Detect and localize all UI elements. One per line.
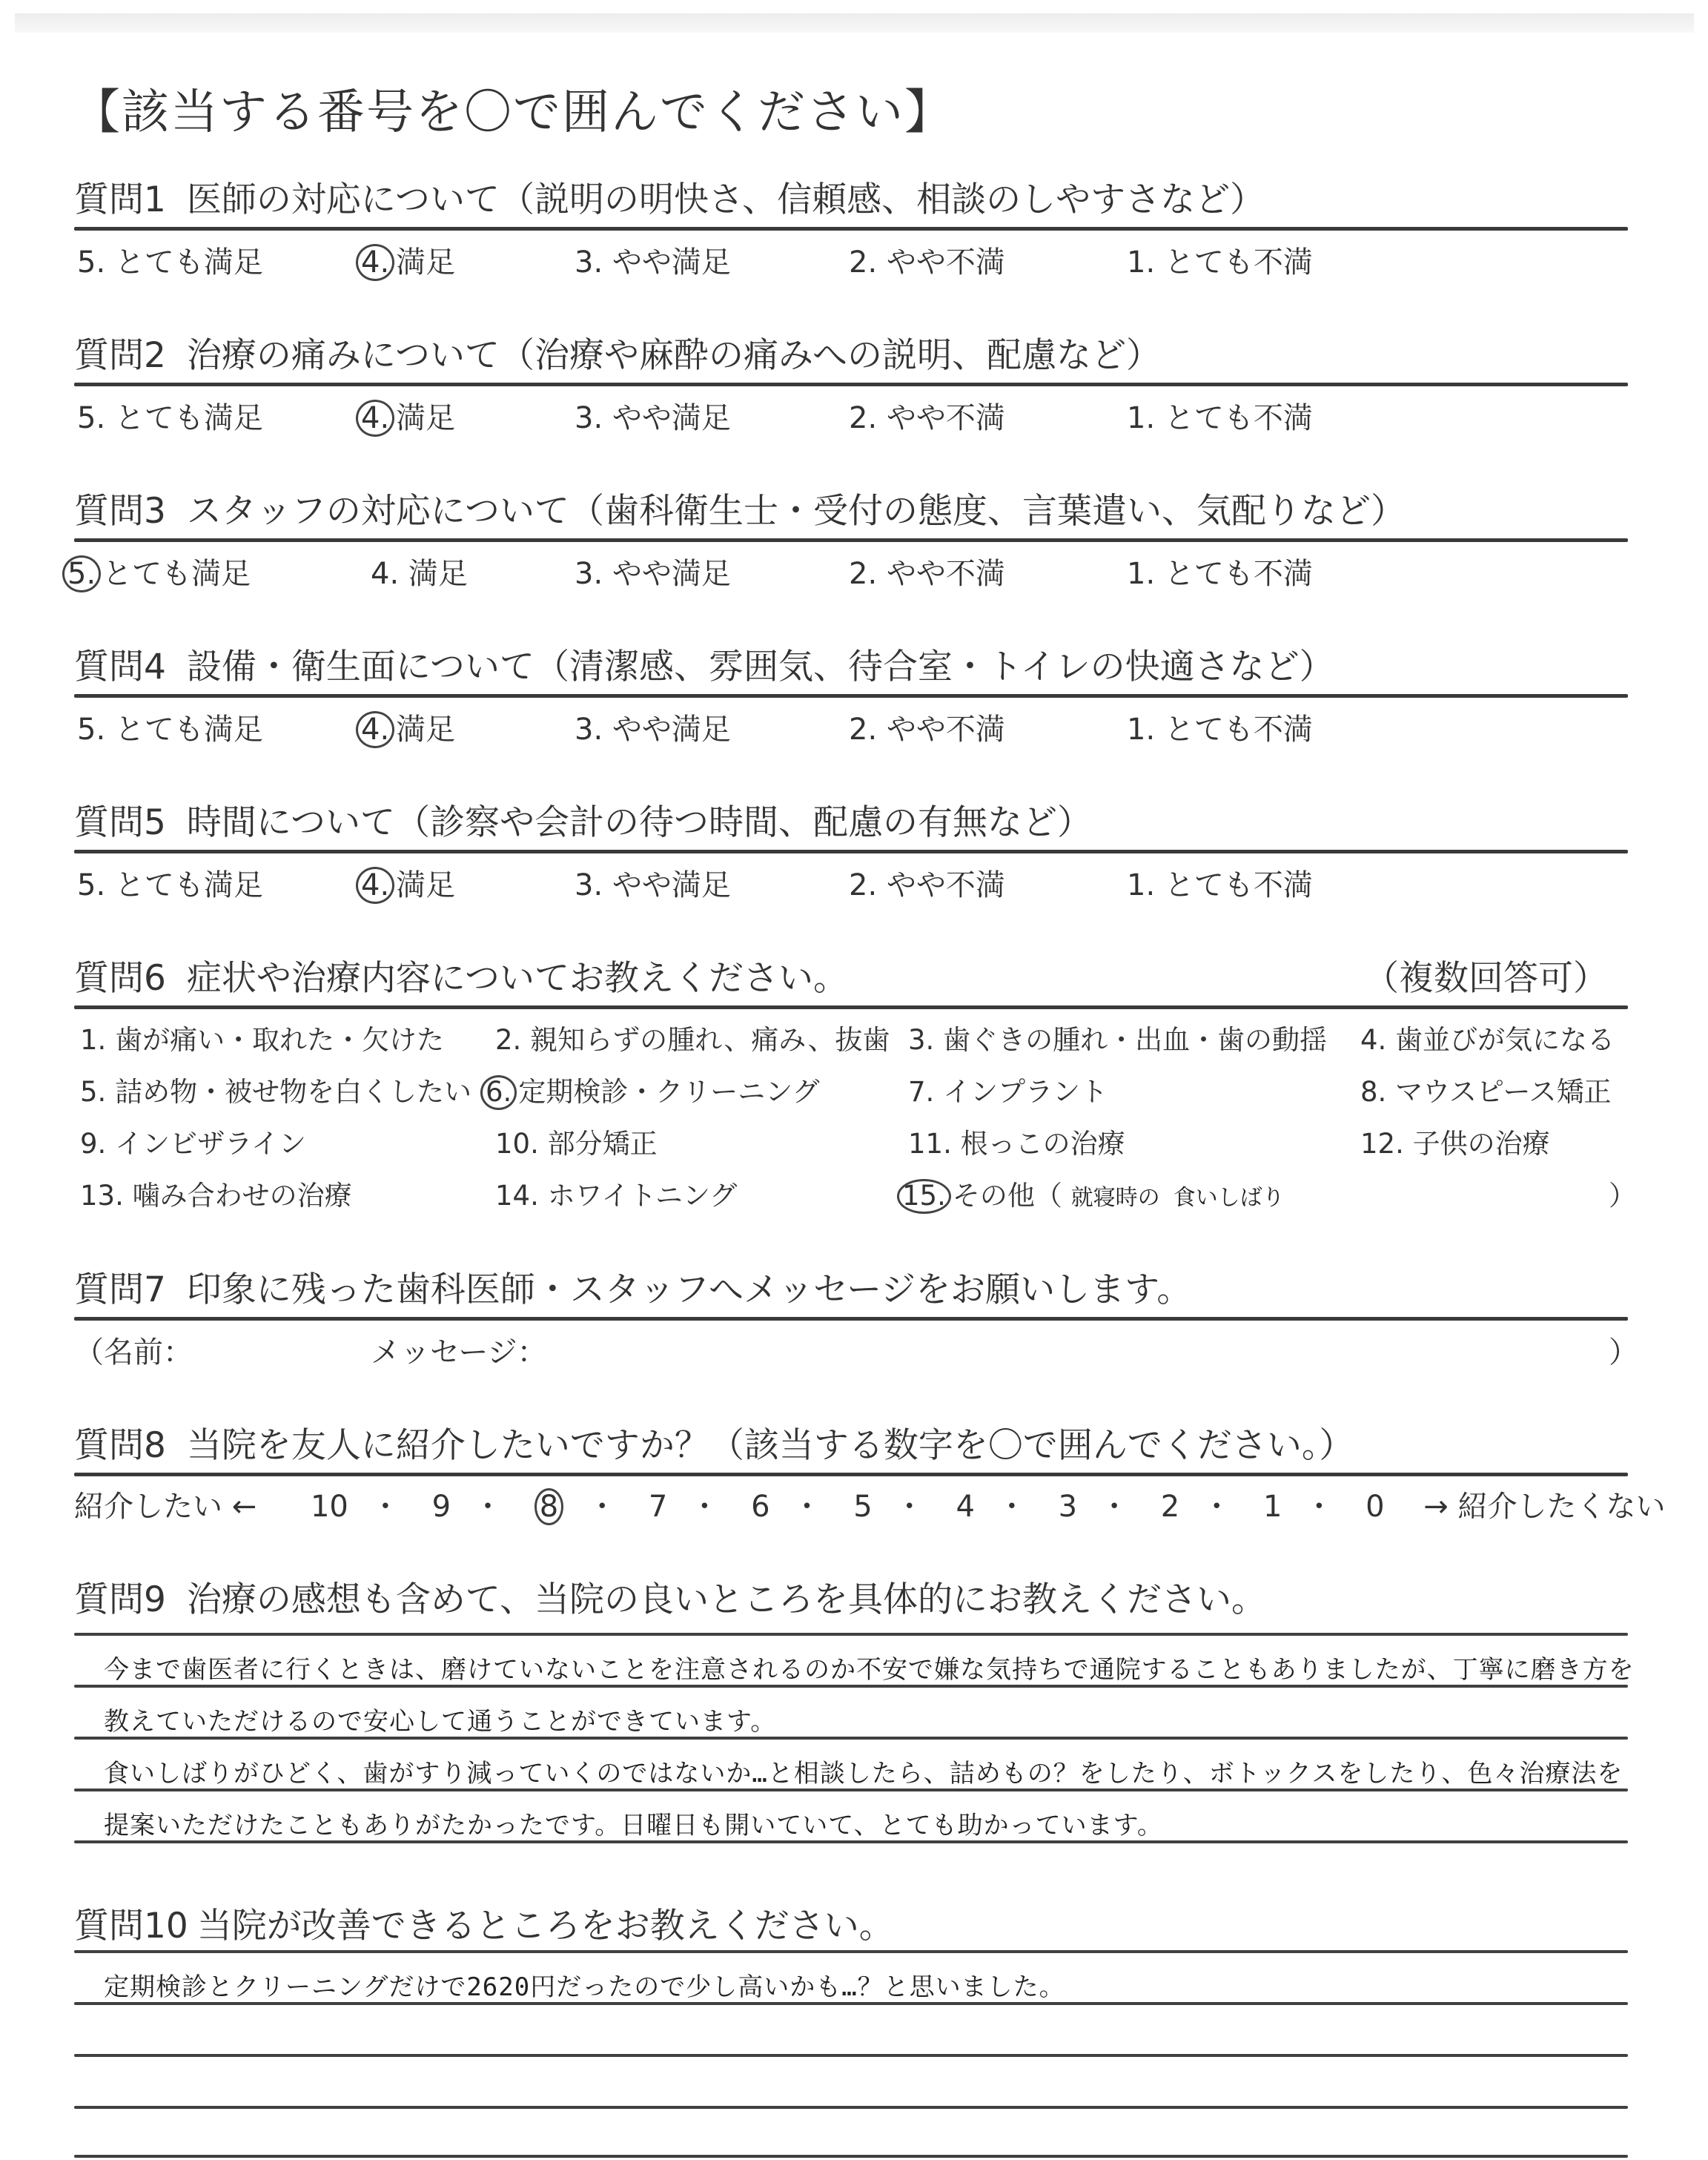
scale-10[interactable]: 10	[311, 1490, 348, 1524]
scale-5[interactable]: 5	[853, 1490, 872, 1524]
question-number: 質問8	[74, 1425, 166, 1466]
question-7-heading: 質問7印象に残った歯科医師・スタッフへメッセージをお願いします。	[74, 1262, 1191, 1312]
rule	[74, 2054, 1628, 2057]
option-5[interactable]: 5. とても満足	[77, 706, 263, 748]
checklist-item-14[interactable]: 14. ホワイトニング	[495, 1173, 737, 1213]
question-1-heading: 質問1医師の対応について（説明の明快さ、信頼感、相談のしやすさなど）	[74, 172, 1265, 222]
option-2[interactable]: 2. やや不満	[849, 706, 1005, 748]
message-label: メッセージ：	[371, 1329, 547, 1371]
answer-line-2[interactable]: 教えていただけるので安心して通うことができています。	[104, 1701, 776, 1737]
option-4-selected[interactable]: 4.満足	[356, 862, 455, 904]
multiple-answers-note: （複数回答可）	[1364, 951, 1608, 1000]
scan-top-edge	[15, 13, 1694, 33]
question-text: 設備・衛生面について（清潔感、雰囲気、待合室・トイレの快適さなど）	[187, 647, 1334, 687]
answer-line-4[interactable]: 提案いただけたこともありがたかったです。日曜日も開いていて、とても助かっています…	[104, 1805, 1163, 1841]
checklist-row: 5. 詰め物・被せ物を白くしたい 6.定期検診・クリーニング 7. インプラント…	[74, 1069, 1631, 1114]
selection-circle: 4.	[356, 244, 394, 281]
checklist-item-8[interactable]: 8. マウスピース矯正	[1360, 1069, 1612, 1109]
scale-6[interactable]: 6	[751, 1490, 769, 1524]
option-3[interactable]: 3. やや満足	[575, 862, 731, 904]
option-1[interactable]: 1. とても不満	[1127, 862, 1313, 904]
scale-3[interactable]: 3	[1059, 1490, 1077, 1524]
option-5-selected[interactable]: 5.とても満足	[62, 550, 251, 592]
checklist-row: 9. インビザライン 10. 部分矯正 11. 根っこの治療 12. 子供の治療	[74, 1121, 1631, 1166]
question-5-heading: 質問5時間について（診察や会計の待つ時間、配慮の有無など）	[74, 795, 1092, 845]
question-text: 時間について（診察や会計の待つ時間、配慮の有無など）	[187, 802, 1092, 843]
option-5[interactable]: 5. とても満足	[77, 394, 263, 437]
rule	[74, 383, 1628, 386]
rule	[74, 2155, 1628, 2158]
rule	[74, 694, 1628, 698]
checklist-item-12[interactable]: 12. 子供の治療	[1360, 1121, 1550, 1161]
rule	[74, 227, 1628, 231]
question-number: 質問3	[74, 491, 166, 532]
question-number: 質問4	[74, 647, 166, 687]
option-4-selected[interactable]: 4.満足	[356, 706, 455, 748]
question-number: 質問10	[74, 1906, 188, 1946]
other-handwritten-answer[interactable]: 就寝時の 食いしばり	[1071, 1185, 1285, 1211]
scale-8-selected[interactable]: 8	[534, 1488, 563, 1525]
scale-7[interactable]: 7	[649, 1490, 667, 1524]
question-number: 質問6	[74, 958, 166, 999]
rule	[74, 1950, 1628, 1953]
question-number: 質問7	[74, 1269, 166, 1310]
checklist-item-7[interactable]: 7. インプラント	[908, 1069, 1108, 1109]
option-4[interactable]: 4. 満足	[371, 550, 468, 592]
option-1[interactable]: 1. とても不満	[1127, 394, 1313, 437]
rule	[74, 1317, 1628, 1321]
selection-circle: 4.	[356, 867, 394, 904]
option-1[interactable]: 1. とても不満	[1127, 239, 1313, 281]
checklist-item-1[interactable]: 1. 歯が痛い・取れた・欠けた	[80, 1017, 444, 1057]
option-1[interactable]: 1. とても不満	[1127, 550, 1313, 592]
answer-line-3[interactable]	[104, 2070, 1586, 2100]
checklist-item-10[interactable]: 10. 部分矯正	[495, 1121, 658, 1161]
question-text: 治療の感想も含めて、当院の良いところを具体的にお教えください。	[187, 1579, 1266, 1620]
rule	[74, 2002, 1628, 2005]
option-1[interactable]: 1. とても不満	[1127, 706, 1313, 748]
option-2[interactable]: 2. やや不満	[849, 239, 1005, 281]
question-3-heading: 質問3スタッフの対応について（歯科衛生士・受付の態度、言葉遣い、気配りなど）	[74, 483, 1406, 533]
scale-9[interactable]: 9	[432, 1490, 451, 1524]
option-5[interactable]: 5. とても満足	[77, 239, 263, 281]
question-text: 医師の対応について（説明の明快さ、信頼感、相談のしやすさなど）	[187, 179, 1265, 220]
question-number: 質問1	[74, 179, 166, 220]
option-3[interactable]: 3. やや満足	[575, 706, 731, 748]
rule	[74, 1737, 1628, 1740]
close-paren: ）	[1609, 1329, 1638, 1371]
question-text: 治療の痛みについて（治療や麻酔の痛みへの説明、配慮など）	[187, 335, 1161, 376]
answer-line-1[interactable]: 今まで歯医者に行くときは、磨けていないことを注意されるのか不安で嫌な気持ちで通院…	[104, 1649, 1635, 1685]
option-2[interactable]: 2. やや不満	[849, 394, 1005, 437]
rule	[74, 1840, 1628, 1843]
checklist-item-9[interactable]: 9. インビザライン	[80, 1121, 306, 1161]
scale-1[interactable]: 1	[1263, 1490, 1282, 1524]
message-field[interactable]	[563, 1329, 1520, 1363]
question-number: 質問2	[74, 335, 166, 376]
rule	[74, 1473, 1628, 1476]
rule	[74, 1685, 1628, 1688]
question-text: 症状や治療内容についてお教えください。	[187, 958, 848, 999]
option-4-selected[interactable]: 4.満足	[356, 239, 455, 281]
checklist-row: 1. 歯が痛い・取れた・欠けた 2. 親知らずの腫れ、痛み、抜歯 3. 歯ぐきの…	[74, 1017, 1631, 1062]
scale-right-label: → 紹介したくない	[1423, 1483, 1665, 1525]
question-text: スタッフの対応について（歯科衛生士・受付の態度、言葉遣い、気配りなど）	[187, 491, 1406, 532]
scale-0[interactable]: 0	[1366, 1490, 1384, 1524]
question-4-heading: 質問4設備・衛生面について（清潔感、雰囲気、待合室・トイレの快適さなど）	[74, 639, 1334, 689]
question-2-heading: 質問2治療の痛みについて（治療や麻酔の痛みへの説明、配慮など）	[74, 328, 1161, 377]
question-number: 質問5	[74, 802, 166, 843]
option-2[interactable]: 2. やや不満	[849, 550, 1005, 592]
rule	[74, 2106, 1628, 2109]
rule	[74, 1633, 1628, 1636]
option-2[interactable]: 2. やや不満	[849, 862, 1005, 904]
name-field[interactable]	[237, 1329, 348, 1363]
selection-circle: 4.	[356, 711, 394, 748]
name-label: （名前：	[74, 1329, 193, 1371]
answer-line-1[interactable]: 定期検診とクリーニングだけで2620円だったので少し高いかも…？と思いました。	[104, 1966, 1065, 2003]
checklist-item-5[interactable]: 5. 詰め物・被せ物を白くしたい	[80, 1069, 471, 1109]
rule	[74, 850, 1628, 853]
question-6-heading: 質問6症状や治療内容についてお教えください。	[74, 951, 848, 1000]
answer-line-2[interactable]	[104, 2018, 1586, 2048]
option-3[interactable]: 3. やや満足	[575, 394, 731, 437]
question-9-heading: 質問9治療の感想も含めて、当院の良いところを具体的にお教えください。	[74, 1572, 1266, 1622]
checklist-row: 13. 噛み合わせの治療 14. ホワイトニング 15.その他（ 就寝時の 食い…	[74, 1173, 1631, 1218]
question-text: 当院を友人に紹介したいですか？（該当する数字を〇で囲んでください。）	[187, 1425, 1354, 1466]
recommendation-scale: 紹介したい ← 10・ 9・ 8・ 7・ 6・ 5・ 4・ 3・ 2・ 1・ 0…	[74, 1483, 1666, 1525]
rule	[74, 1005, 1628, 1009]
checklist-item-15-selected[interactable]: 15.その他（ 就寝時の 食いしばり	[897, 1173, 1285, 1214]
checklist-item-13[interactable]: 13. 噛み合わせの治療	[80, 1173, 352, 1213]
selection-circle: 6.	[480, 1075, 517, 1110]
selection-circle: 5.	[62, 555, 101, 592]
selection-circle: 4.	[356, 400, 394, 437]
option-5[interactable]: 5. とても満足	[77, 862, 263, 904]
checklist-item-2[interactable]: 2. 親知らずの腫れ、痛み、抜歯	[495, 1017, 890, 1057]
checklist-item-4[interactable]: 4. 歯並びが気になる	[1360, 1017, 1615, 1057]
question-number: 質問9	[74, 1579, 166, 1620]
rule	[74, 538, 1628, 542]
question-10-heading: 質問10当院が改善できるところをお教えください。	[74, 1898, 894, 1948]
question-text: 当院が改善できるところをお教えください。	[197, 1906, 894, 1946]
question-8-heading: 質問8当院を友人に紹介したいですか？（該当する数字を〇で囲んでください。）	[74, 1418, 1354, 1467]
answer-line-4[interactable]	[104, 2122, 1586, 2152]
selection-circle: 15.	[897, 1179, 951, 1214]
scale-2[interactable]: 2	[1161, 1490, 1179, 1524]
answer-line-3[interactable]: 食いしばりがひどく、歯がすり減っていくのではないか…と相談したら、詰めもの？をし…	[104, 1753, 1623, 1789]
checklist-item-6-selected[interactable]: 6.定期検診・クリーニング	[480, 1069, 820, 1110]
option-4-selected[interactable]: 4.満足	[356, 394, 455, 437]
question-text: 印象に残った歯科医師・スタッフへメッセージをお願いします。	[187, 1269, 1191, 1310]
option-3[interactable]: 3. やや満足	[575, 550, 731, 592]
close-paren: ）	[1609, 1173, 1636, 1213]
rule	[74, 1789, 1628, 1791]
checklist-item-3[interactable]: 3. 歯ぐきの腫れ・出血・歯の動揺	[908, 1017, 1327, 1057]
option-3[interactable]: 3. やや満足	[575, 239, 731, 281]
page-title: 【該当する番号を〇で囲んでください】	[73, 74, 953, 142]
scale-left-label: 紹介したい ←	[74, 1483, 256, 1525]
checklist-item-11[interactable]: 11. 根っこの治療	[908, 1121, 1125, 1161]
scale-4[interactable]: 4	[956, 1490, 974, 1524]
